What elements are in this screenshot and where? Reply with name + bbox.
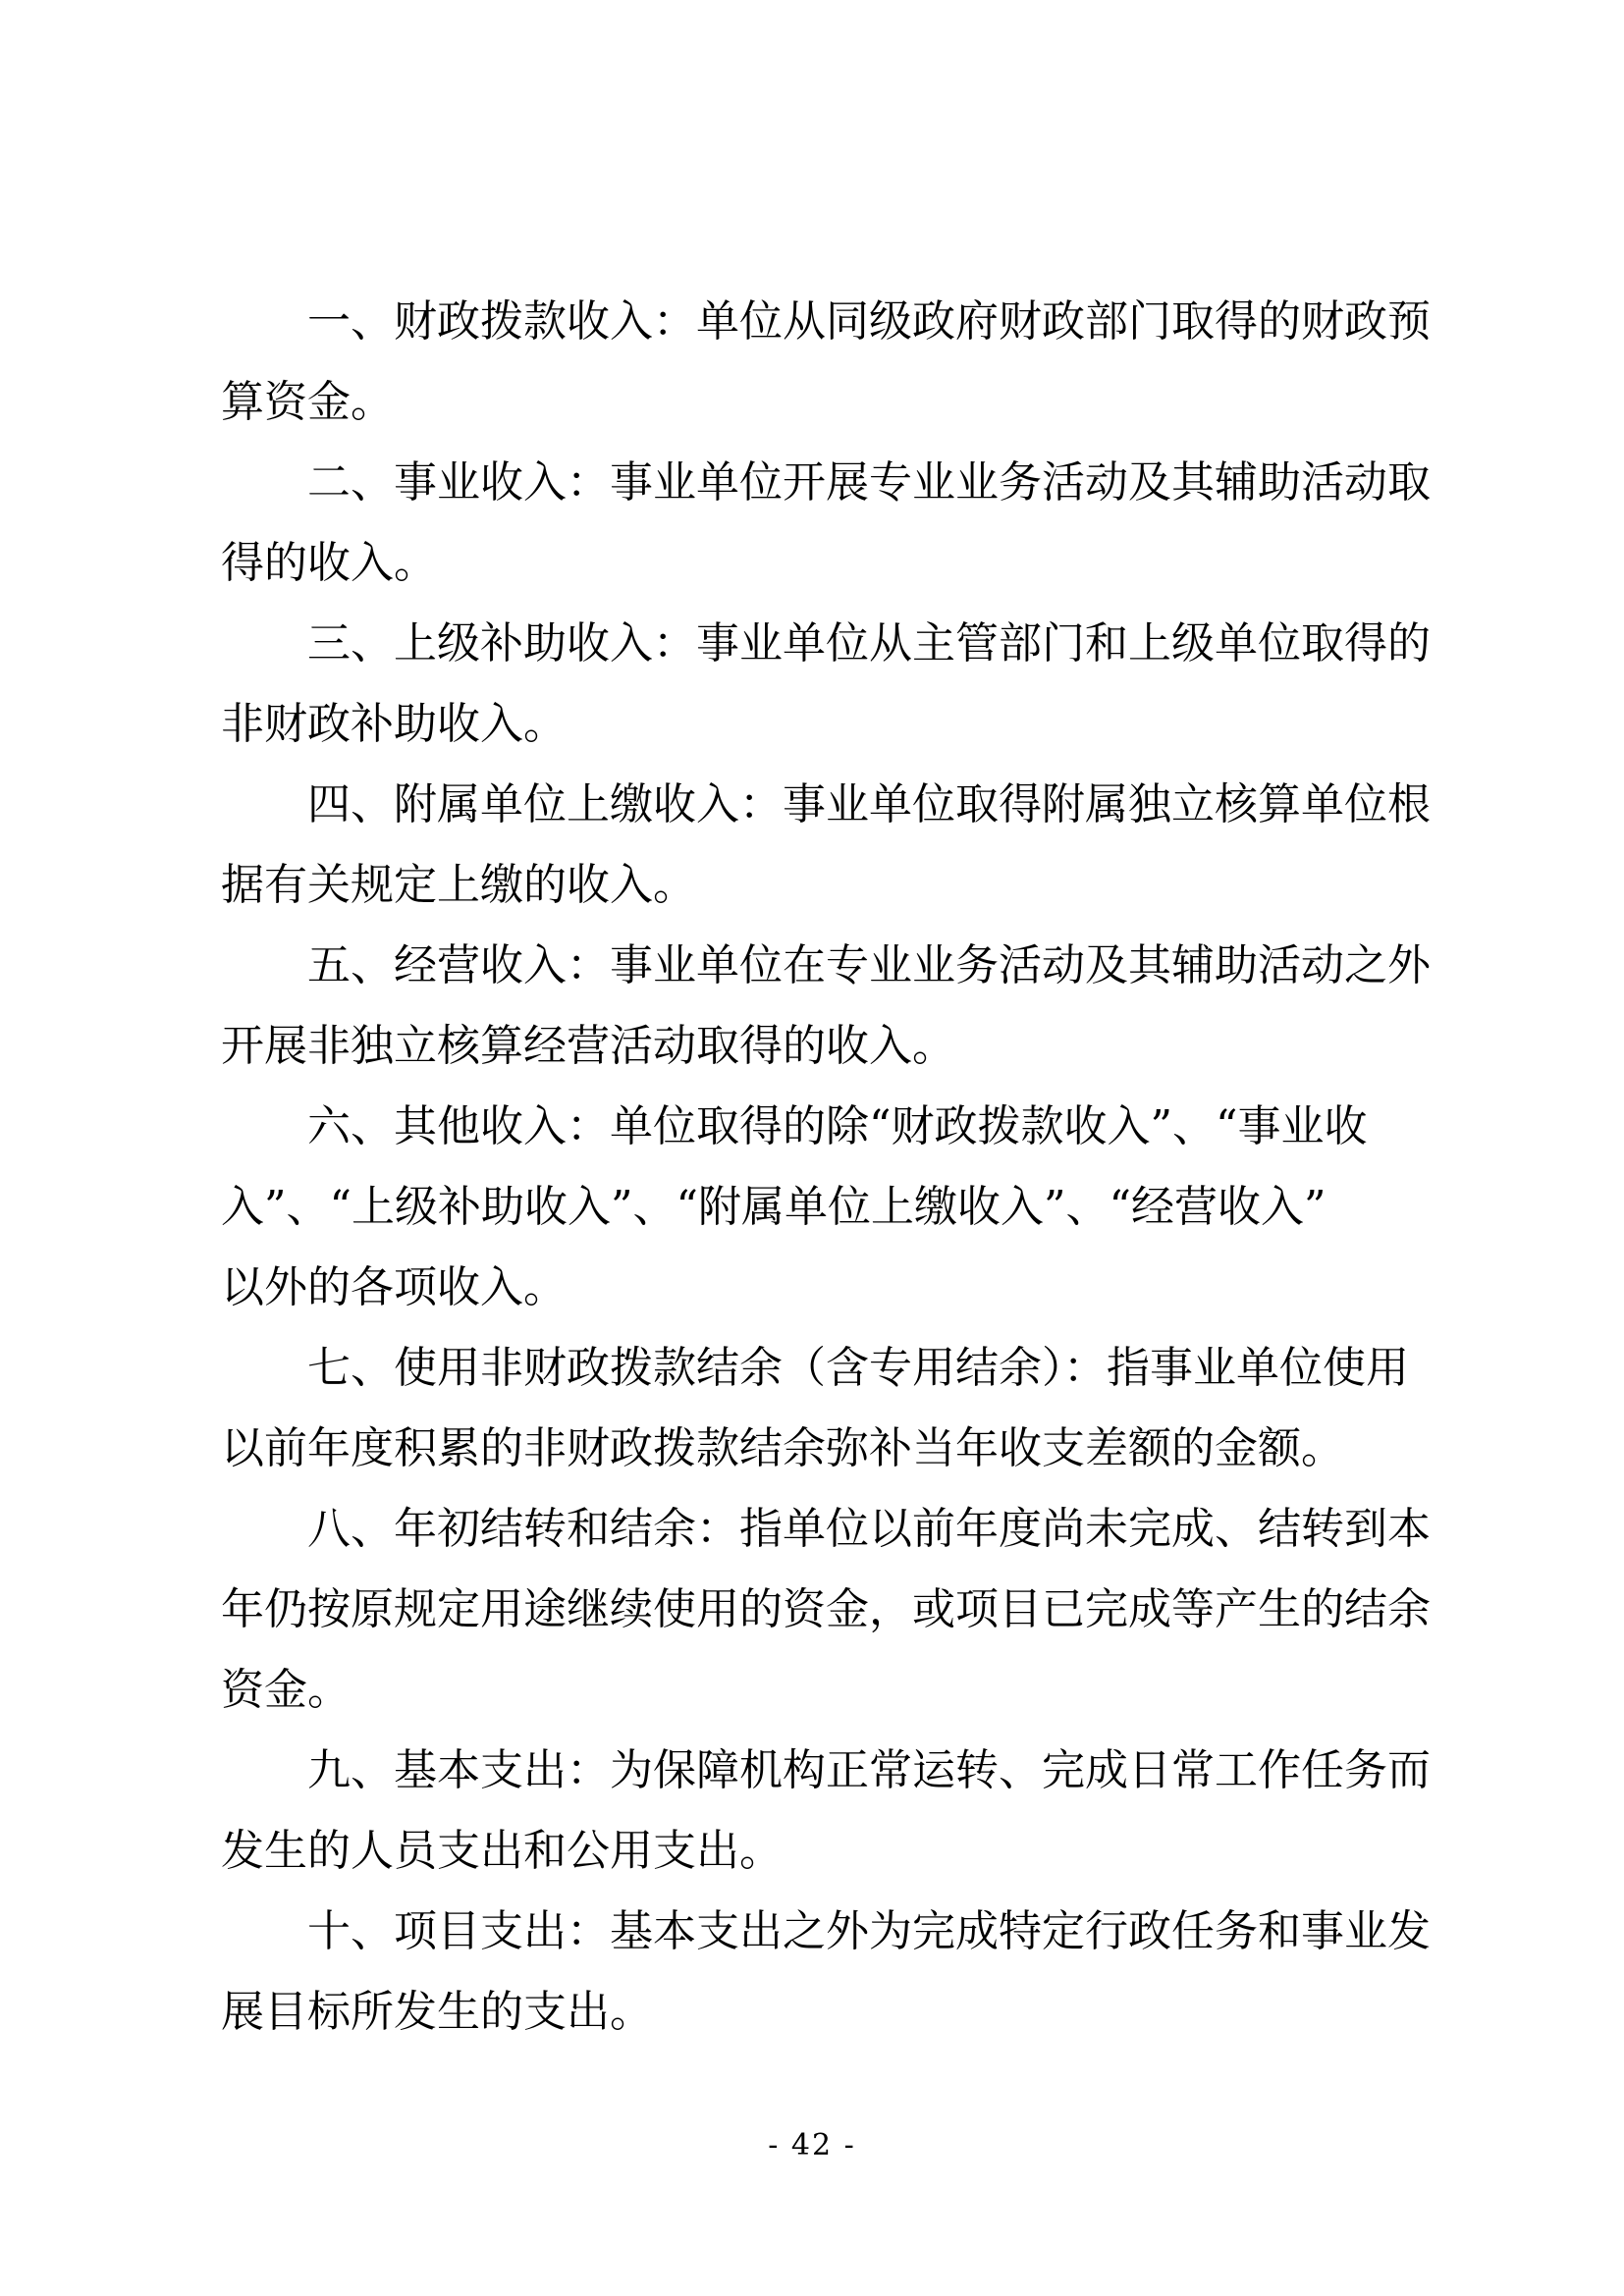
text-line: 展目标所发生的支出。 (221, 1972, 1431, 2053)
text-line: 年仍按原规定用途继续使用的资金，或项目已完成等产生的结余 (221, 1570, 1431, 1650)
paragraph-2-business-income: 二、事业收入：事业单位开展专业业务活动及其辅助活动取 得的收入。 (221, 443, 1431, 604)
text-line: 开展非独立核算经营活动取得的收入。 (221, 1006, 1431, 1087)
paragraph-4-affiliated-unit-remittance-income: 四、附属单位上缴收入：事业单位取得附属独立核算单位根 据有关规定上缴的收入。 (221, 765, 1431, 926)
page-number: - 42 - (0, 2128, 1624, 2163)
text-line: 以外的各项收入。 (221, 1248, 1431, 1328)
paragraph-7-non-fiscal-carryover-use: 七、使用非财政拨款结余（含专用结余）：指事业单位使用 以前年度积累的非财政拨款结… (221, 1328, 1431, 1489)
document-body: 一、财政拨款收入：单位从同级政府财政部门取得的财政预 算资金。 二、事业收入：事… (221, 282, 1431, 2053)
text-line: 十、项目支出：基本支出之外为完成特定行政任务和事业发 (221, 1892, 1431, 1972)
text-line: 资金。 (221, 1650, 1431, 1731)
text-line: 四、附属单位上缴收入：事业单位取得附属独立核算单位根 (221, 765, 1431, 845)
paragraph-9-basic-expenditure: 九、基本支出：为保障机构正常运转、完成日常工作任务而 发生的人员支出和公用支出。 (221, 1731, 1431, 1892)
text-line: 得的收入。 (221, 523, 1431, 604)
text-line: 算资金。 (221, 362, 1431, 443)
text-line: 九、基本支出：为保障机构正常运转、完成日常工作任务而 (221, 1731, 1431, 1811)
text-line: 五、经营收入：事业单位在专业业务活动及其辅助活动之外 (221, 926, 1431, 1006)
text-line: 八、年初结转和结余：指单位以前年度尚未完成、结转到本 (221, 1489, 1431, 1570)
text-line: 二、事业收入：事业单位开展专业业务活动及其辅助活动取 (221, 443, 1431, 523)
text-line: 以前年度积累的非财政拨款结余弥补当年收支差额的金额。 (221, 1409, 1431, 1489)
paragraph-1-fiscal-appropriation-income: 一、财政拨款收入：单位从同级政府财政部门取得的财政预 算资金。 (221, 282, 1431, 443)
document-page: 一、财政拨款收入：单位从同级政府财政部门取得的财政预 算资金。 二、事业收入：事… (0, 0, 1624, 2296)
text-line: 七、使用非财政拨款结余（含专用结余）：指事业单位使用 (221, 1328, 1431, 1409)
text-line: 三、上级补助收入：事业单位从主管部门和上级单位取得的 (221, 604, 1431, 684)
paragraph-8-beginning-year-carryover: 八、年初结转和结余：指单位以前年度尚未完成、结转到本 年仍按原规定用途继续使用的… (221, 1489, 1431, 1731)
text-line: 入”、“上级补助收入”、“附属单位上缴收入”、“经营收入” (221, 1167, 1431, 1248)
text-line: 六、其他收入：单位取得的除“财政拨款收入”、“事业收 (221, 1087, 1431, 1167)
text-line: 据有关规定上缴的收入。 (221, 845, 1431, 926)
text-line: 非财政补助收入。 (221, 684, 1431, 765)
text-line: 发生的人员支出和公用支出。 (221, 1811, 1431, 1892)
text-line: 一、财政拨款收入：单位从同级政府财政部门取得的财政预 (221, 282, 1431, 362)
paragraph-10-project-expenditure: 十、项目支出：基本支出之外为完成特定行政任务和事业发 展目标所发生的支出。 (221, 1892, 1431, 2053)
paragraph-6-other-income: 六、其他收入：单位取得的除“财政拨款收入”、“事业收 入”、“上级补助收入”、“… (221, 1087, 1431, 1328)
paragraph-3-superior-subsidy-income: 三、上级补助收入：事业单位从主管部门和上级单位取得的 非财政补助收入。 (221, 604, 1431, 765)
paragraph-5-operating-income: 五、经营收入：事业单位在专业业务活动及其辅助活动之外 开展非独立核算经营活动取得… (221, 926, 1431, 1087)
